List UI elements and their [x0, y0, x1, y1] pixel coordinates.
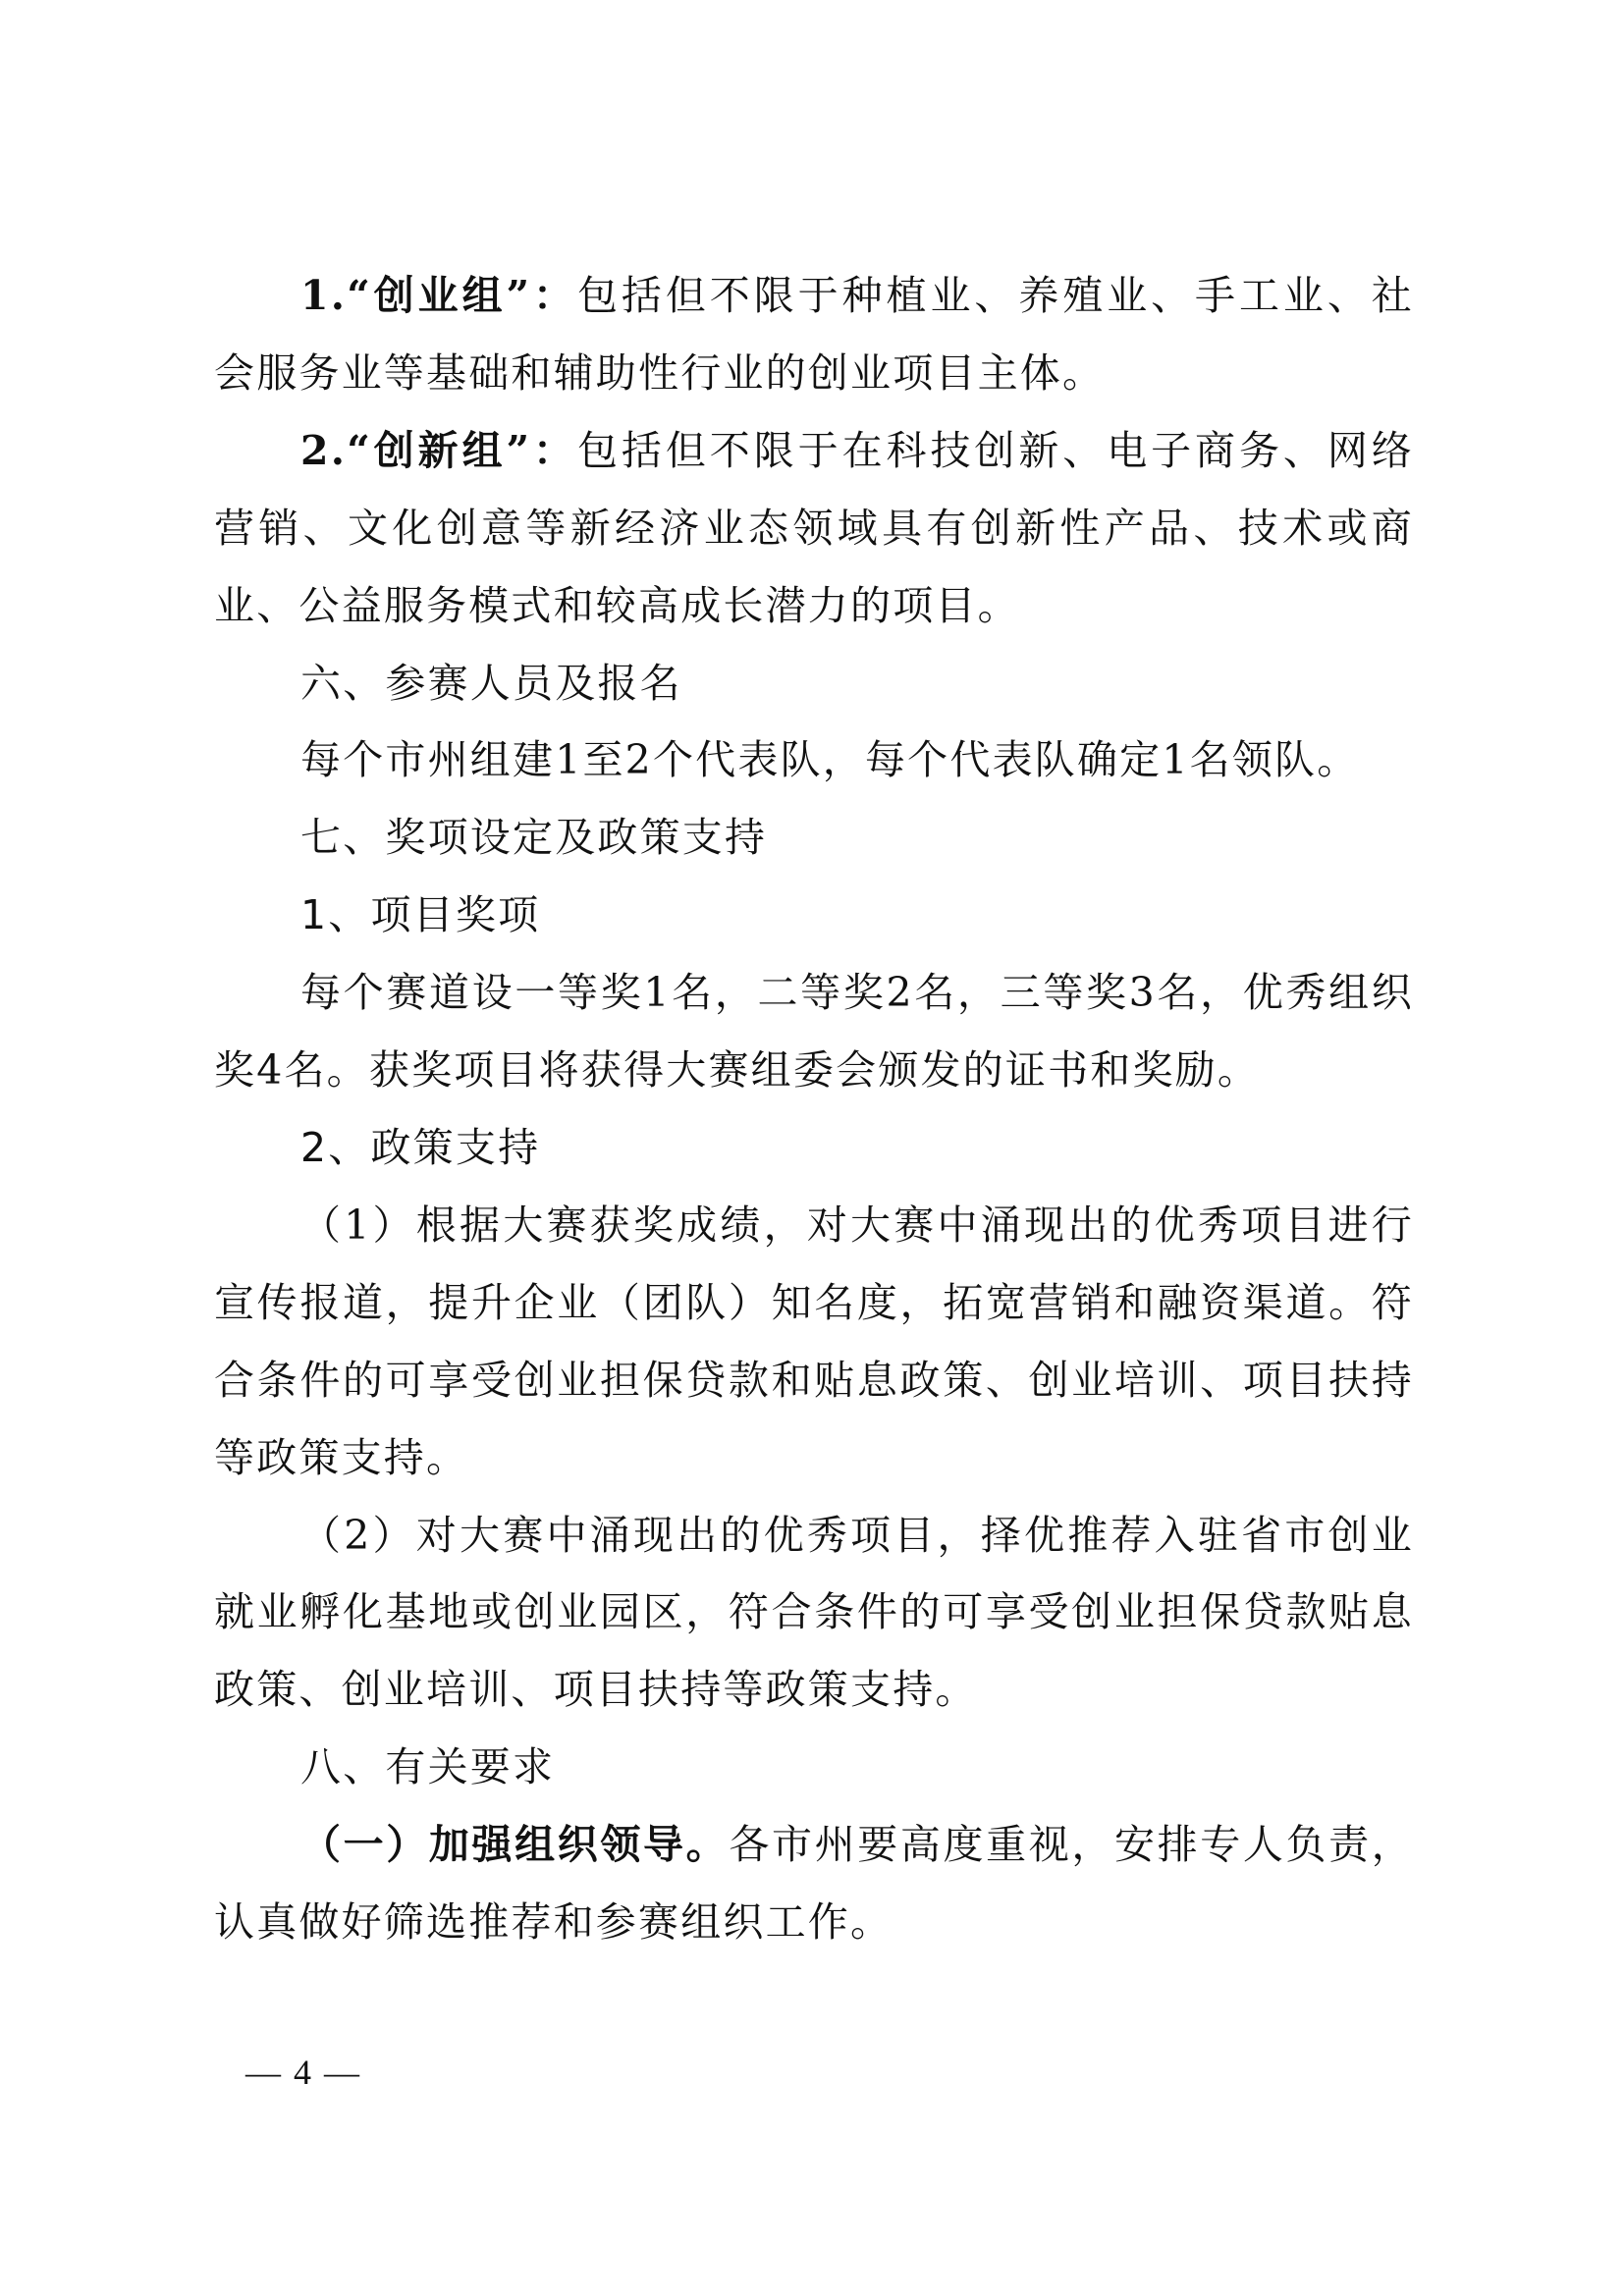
document-page: 1.“创业组”：包括但不限于种植业、养殖业、手工业、社会服务业等基础和辅助性行业…	[0, 0, 1624, 2296]
section-heading-requirements: 八、有关要求	[214, 1729, 1414, 1806]
paragraph-innovation-group: 2.“创新组”：包括但不限于在科技创新、电子商务、网络营销、文化创意等新经济业态…	[214, 412, 1414, 645]
paragraph-entrepreneurship-group: 1.“创业组”：包括但不限于种植业、养殖业、手工业、社会服务业等基础和辅助性行业…	[214, 257, 1414, 412]
paragraph-requirement-1: （一）加强组织领导。各市州要高度重视，安排专人负责，认真做好筛选推荐和参赛组织工…	[214, 1806, 1414, 1961]
section-heading-participants: 六、参赛人员及报名	[214, 645, 1414, 722]
section-heading-awards-policy: 七、奖项设定及政策支持	[214, 799, 1414, 877]
subheading-policy-support: 2、政策支持	[214, 1109, 1414, 1187]
document-body: 1.“创业组”：包括但不限于种植业、养殖业、手工业、社会服务业等基础和辅助性行业…	[214, 257, 1414, 1961]
paragraph-lead: （一）加强组织领导。	[300, 1821, 729, 1868]
paragraph-award-counts: 每个赛道设一等奖1名，二等奖2名，三等奖3名，优秀组织奖4名。获奖项目将获得大赛…	[214, 954, 1414, 1109]
page-number: — 4 —	[245, 2052, 361, 2093]
paragraph-lead: 1.“创业组”：	[300, 272, 577, 319]
subheading-project-awards: 1、项目奖项	[214, 877, 1414, 954]
paragraph-policy-1: （1）根据大赛获奖成绩，对大赛中涌现出的优秀项目进行宣传报道，提升企业（团队）知…	[214, 1187, 1414, 1497]
paragraph-teams: 每个市州组建1至2个代表队，每个代表队确定1名领队。	[214, 721, 1414, 799]
paragraph-policy-2: （2）对大赛中涌现出的优秀项目，择优推荐入驻省市创业就业孵化基地或创业园区，符合…	[214, 1497, 1414, 1730]
paragraph-lead: 2.“创新组”：	[300, 427, 577, 474]
